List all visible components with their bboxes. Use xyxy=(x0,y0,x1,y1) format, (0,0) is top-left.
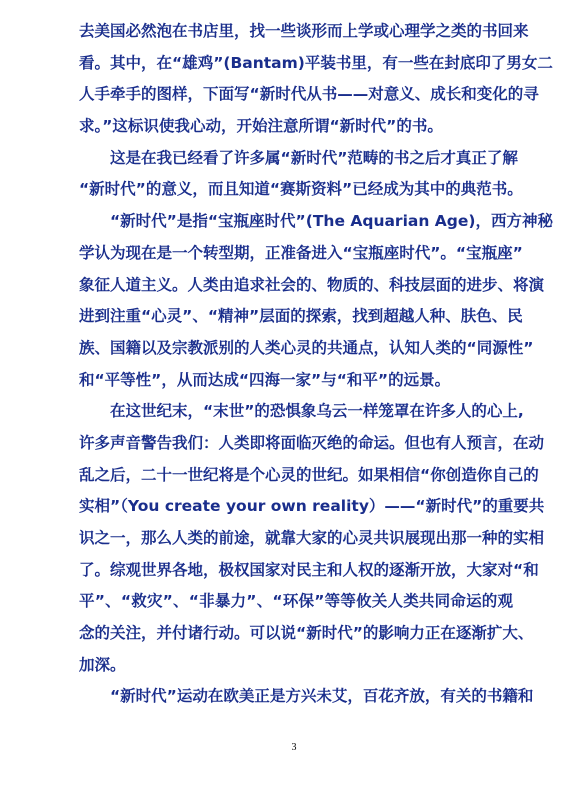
body-text: 去美国必然泡在书店里，找一些谈形而上学或心理学之类的书回来 看。其中，在“雄鸡”… xyxy=(79,16,513,713)
text-line: 象征人道主义。人类由追求社会的、物质的、科技层面的进步、将演 xyxy=(79,270,513,302)
text-line: 进到注重“心灵”、“精神”层面的探索，找到超越人种、肤色、民 xyxy=(79,301,513,333)
text-line: 许多声音警告我们：人类即将面临灭绝的命运。但也有人预言，在动 xyxy=(79,428,513,460)
document-page: 去美国必然泡在书店里，找一些谈形而上学或心理学之类的书回来 看。其中，在“雄鸡”… xyxy=(0,0,588,790)
text-line: 在这世纪末，“末世”的恐惧象乌云一样笼罩在许多人的心上, xyxy=(79,396,513,428)
page-number: 3 xyxy=(0,742,588,753)
text-line: 这是在我已经看了许多属“新时代”范畴的书之后才真正了解 xyxy=(79,143,513,175)
text-line: 求。”这标识使我心动，开始注意所谓“新时代”的书。 xyxy=(79,111,513,143)
text-line: 学认为现在是一个转型期，正准备进入“宝瓶座时代”。“宝瓶座” xyxy=(79,238,513,270)
text-line: 去美国必然泡在书店里，找一些谈形而上学或心理学之类的书回来 xyxy=(79,16,513,48)
text-line: 看。其中，在“雄鸡”(Bantam)平装书里，有一些在封底印了男女二 xyxy=(79,48,513,80)
text-line: 和“平等性”，从而达成“四海一家”与“和平”的远景。 xyxy=(79,365,513,397)
text-line: “新时代”的意义，而且知道“赛斯资料”已经成为其中的典范书。 xyxy=(79,174,513,206)
text-line: 平”、“救灾”、“非暴力”、“环保”等等攸关人类共同命运的观 xyxy=(79,586,513,618)
text-line: 念的关注，并付诸行动。可以说“新时代”的影响力正在逐渐扩大、 xyxy=(79,618,513,650)
text-line: 乱之后，二十一世纪将是个心灵的世纪。如果相信“你创造你自己的 xyxy=(79,460,513,492)
text-line: 人手牵手的图样，下面写“新时代从书——对意义、成长和变化的寻 xyxy=(79,79,513,111)
text-line: “新时代”是指“宝瓶座时代”(The Aquarian Age)，西方神秘 xyxy=(79,206,513,238)
text-line: 了。综观世界各地，极权国家对民主和人权的逐渐开放，大家对“和 xyxy=(79,555,513,587)
text-line: 加深。 xyxy=(79,650,513,682)
text-line: “新时代”运动在欧美正是方兴未艾，百花齐放，有关的书籍和 xyxy=(79,681,513,713)
text-line: 识之一，那么人类的前途，就靠大家的心灵共识展现出那一种的实相 xyxy=(79,523,513,555)
text-line: 族、国籍以及宗教派别的人类心灵的共通点，认知人类的“同源性” xyxy=(79,333,513,365)
text-line: 实相”（You create your own reality）——“新时代”的… xyxy=(79,491,513,523)
